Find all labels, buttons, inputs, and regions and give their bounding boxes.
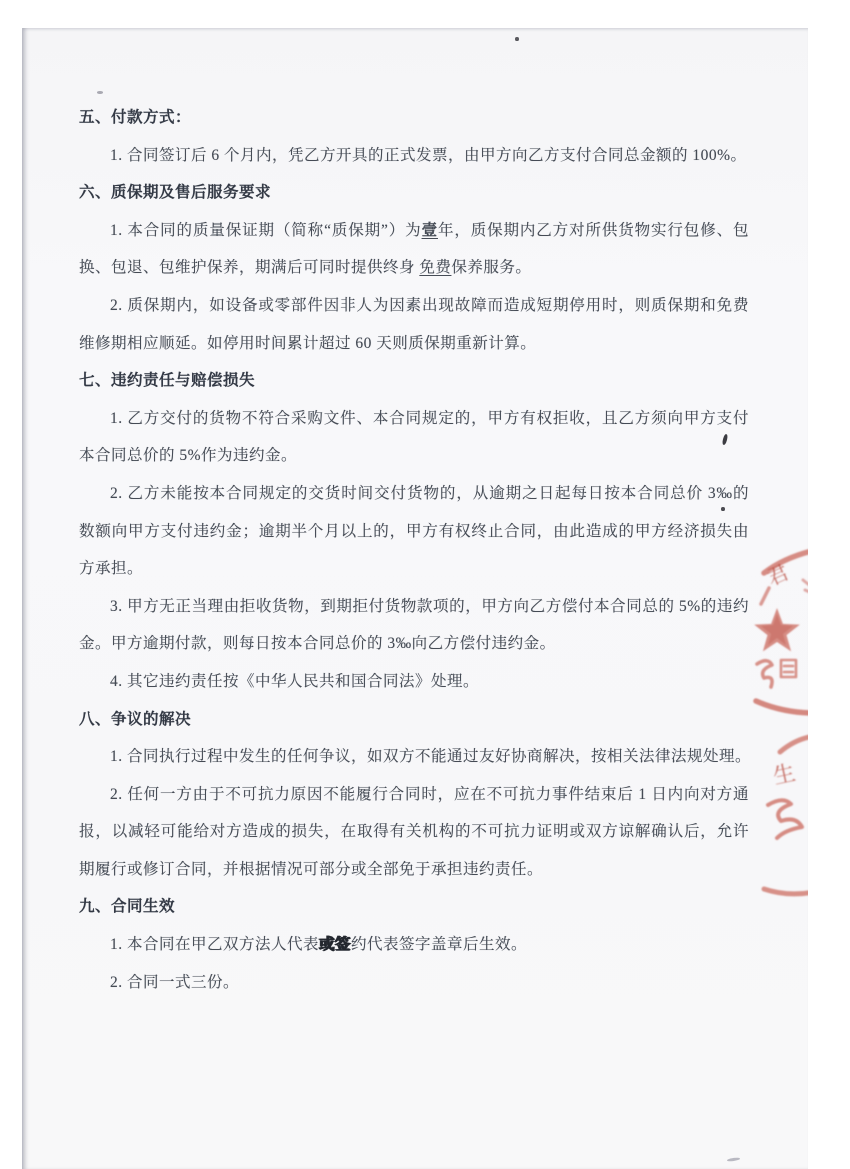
- scan-speck: [97, 91, 103, 94]
- scanned-contract-screenshot: { "document": { "lines": [ {"type":"head…: [0, 0, 850, 1169]
- seal-character-bottom: 生: [771, 760, 798, 789]
- official-seal-stamp-top: 君: [754, 550, 808, 713]
- official-seal-stamp-bottom: 生: [764, 736, 808, 894]
- paper-sheet: 五、付款方式：1. 合同签订后 6 个月内，凭乙方开具的正式发票，由甲方向乙方支…: [22, 28, 808, 1169]
- seal-character-top: 君: [763, 560, 792, 590]
- scan-speck: [515, 37, 519, 41]
- red-seal-stamps: 君 生: [23, 28, 808, 1169]
- scan-speck: [721, 507, 725, 511]
